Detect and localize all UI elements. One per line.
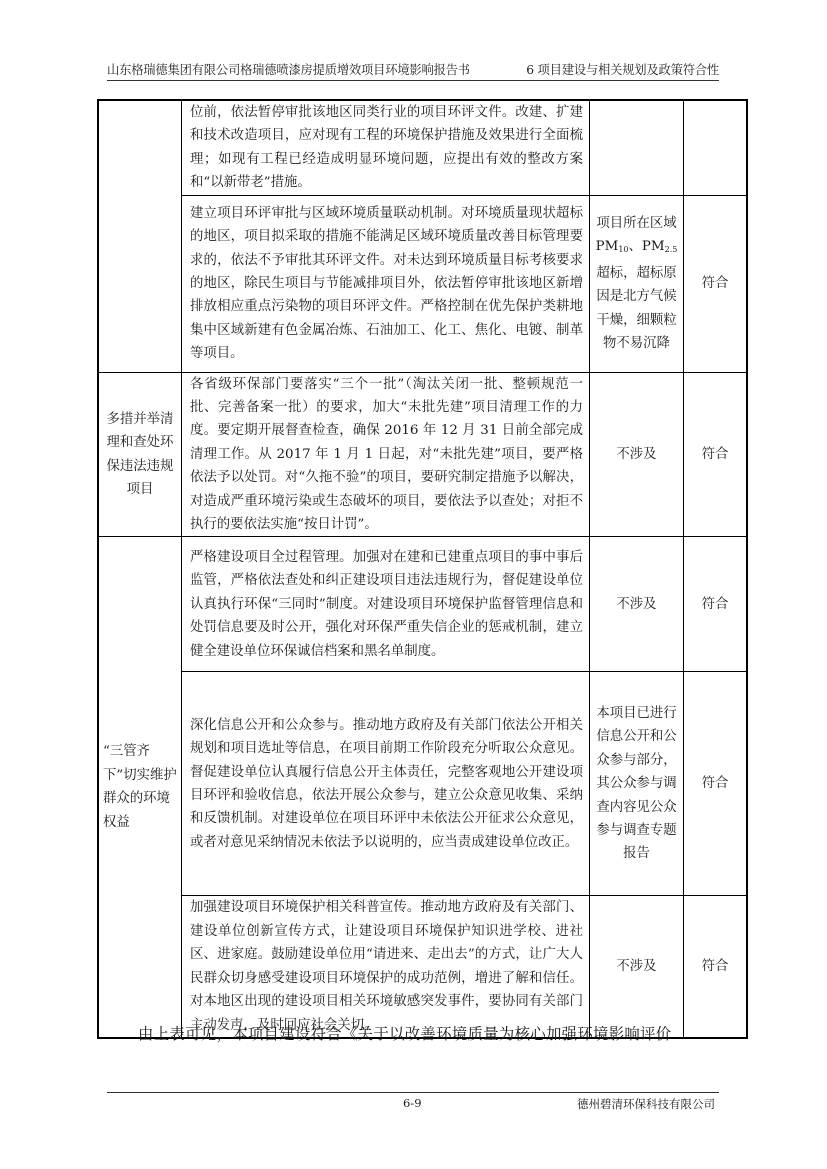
- table-row: 位前，依法暂停审批该地区同类行业的项目环评文件。改建、扩建和技术改造项目，应对现…: [98, 100, 747, 195]
- category-cell: 多措并举清理和查处环保违法违规项目: [98, 372, 182, 537]
- result-cell: 符合: [684, 896, 748, 1038]
- page-number: 6-9: [403, 1096, 422, 1110]
- table-row: 建立项目环评审批与区域环境质量联动机制。对环境质量现状超标的地区，项目拟采取的措…: [98, 195, 747, 372]
- status-cell: 项目所在区域 PM10、PM2.5超标，超标原因是北方气候干燥，细颗粒物不易沉降: [590, 195, 684, 372]
- result-cell: 符合: [684, 195, 748, 372]
- header-report-title: 山东格瑞德集团有限公司格瑞德喷漆房提质增效项目环境影响报告书: [107, 60, 470, 78]
- status-cell: 本项目已进行信息公开和公众参与部分，其公众参与调查内容见公众参与调查专题报告: [590, 672, 684, 896]
- policy-compliance-table: 位前，依法暂停审批该地区同类行业的项目环评文件。改建、扩建和技术改造项目，应对现…: [97, 99, 748, 1039]
- requirement-cell: 加强建设项目环境保护相关科普宣传。推动地方政府及有关部门、建设单位创新宣传方式，…: [182, 896, 590, 1038]
- status-text: 、PM: [629, 239, 665, 254]
- status-cell: 不涉及: [590, 896, 684, 1038]
- table-row: 加强建设项目环境保护相关科普宣传。推动地方政府及有关部门、建设单位创新宣传方式，…: [98, 896, 747, 1038]
- page-footer: 6-9 德州碧清环保科技有限公司: [107, 1092, 719, 1113]
- conclusion-paragraph: 由上表可见，本项目建设符合《关于以改善环境质量为核心加强环境影响评价: [138, 1022, 671, 1044]
- table-row: “三管齐下”切实维护群众的环境权益 严格建设项目全过程管理。加强对在建和已建重点…: [98, 537, 747, 672]
- footer-company: 德州碧清环保科技有限公司: [577, 1096, 715, 1112]
- result-cell: 符合: [684, 372, 748, 537]
- result-cell: [684, 100, 748, 195]
- requirement-cell: 深化信息公开和公众参与。推动地方政府及有关部门依法公开相关规划和项目选址等信息，…: [182, 672, 590, 896]
- category-cell: [98, 100, 182, 372]
- requirement-cell: 建立项目环评审批与区域环境质量联动机制。对环境质量现状超标的地区，项目拟采取的措…: [182, 195, 590, 372]
- page-header: 山东格瑞德集团有限公司格瑞德喷漆房提质增效项目环境影响报告书 6 项目建设与相关…: [107, 56, 719, 81]
- status-text: 超标，超标原因是北方气候干燥，细颗粒物不易沉降: [596, 266, 676, 351]
- result-cell: 符合: [684, 537, 748, 672]
- status-cell: [590, 100, 684, 195]
- requirement-cell: 位前，依法暂停审批该地区同类行业的项目环评文件。改建、扩建和技术改造项目，应对现…: [182, 100, 590, 195]
- subscript: 2.5: [665, 245, 678, 254]
- table-row: 深化信息公开和公众参与。推动地方政府及有关部门依法公开相关规划和项目选址等信息，…: [98, 672, 747, 896]
- requirement-cell: 各省级环保部门要落实“三个一批”（淘汰关闭一批、整顿规范一批、完善备案一批）的要…: [182, 372, 590, 537]
- requirement-cell: 严格建设项目全过程管理。加强对在建和已建重点项目的事中事后监管，严格依法查处和纠…: [182, 537, 590, 672]
- subscript: 10: [618, 245, 628, 254]
- category-cell: “三管齐下”切实维护群众的环境权益: [98, 537, 182, 1038]
- header-chapter-title: 6 项目建设与相关规划及政策符合性: [526, 60, 719, 78]
- result-cell: 符合: [684, 672, 748, 896]
- table-row: 多措并举清理和查处环保违法违规项目 各省级环保部门要落实“三个一批”（淘汰关闭一…: [98, 372, 747, 537]
- status-cell: 不涉及: [590, 372, 684, 537]
- status-cell: 不涉及: [590, 537, 684, 672]
